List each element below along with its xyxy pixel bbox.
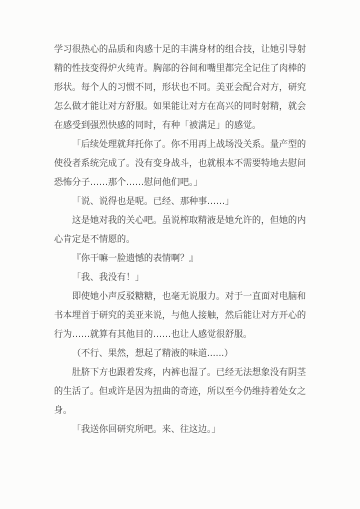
paragraph: 「说、说得也是呢。已经、那种事……」 <box>54 193 310 212</box>
text-line: 肚脐下方也跟着发疼，内裤也湿了。已经无法想象没有阴茎 <box>54 364 310 383</box>
paragraph: 即使她小声反驳糖糖，也毫无说服力。对于一直面对电脑和书本埋首于研究的美亚来说，与… <box>54 288 310 345</box>
paragraph: 肚脐下方也跟着发疼，内裤也湿了。已经无法想象没有阴茎的生活了。但或许是因为扭曲的… <box>54 364 310 421</box>
paragraph: 「我、我没有！」 <box>54 269 310 288</box>
text-line: 的生活了。但或许是因为扭曲的奇迹，所以至今仍维持着处女之 <box>54 383 310 402</box>
text-line: 身。 <box>54 402 310 421</box>
text-line: 恐怖分子……那个……慰问他们吧。」 <box>54 174 310 193</box>
text-line: 「说、说得也是呢。已经、那种事……」 <box>54 193 310 212</box>
text-line: 行为……就算有其他目的……也让人感觉很舒服。 <box>54 326 310 345</box>
page-text: 学习很热心的品质和肉感十足的丰满身材的组合技，让她引导射精的性技变得炉火纯青。胸… <box>54 41 310 440</box>
paragraph: 这是她对我的关心吧。虽说榨取精液是她允许的，但她的内心肯定是不情愿的。 <box>54 212 310 250</box>
paragraph: 「我送你回研究所吧。来、往这边。」 <box>54 421 310 440</box>
text-line: 「我、我没有！」 <box>54 269 310 288</box>
text-line: 「我送你回研究所吧。来、往这边。」 <box>54 421 310 440</box>
paragraph: （不行、果然，想起了精液的味道......） <box>54 345 310 364</box>
text-line: 『你干嘛一脸遗憾的表情啊？』 <box>54 250 310 269</box>
text-line: 在感受到强烈快感的同时，有种「被满足」的感觉。 <box>54 117 310 136</box>
ebook-page: 学习很热心的品质和肉感十足的丰满身材的组合技，让她引导射精的性技变得炉火纯青。胸… <box>0 0 360 509</box>
text-line: 怎么做才能让对方舒服。如果能让对方在高兴的同时射精，就会 <box>54 98 310 117</box>
text-line: 形状。每个人的习惯不同，形状也不同。美亚会配合对方，研究 <box>54 79 310 98</box>
paragraph: 学习很热心的品质和肉感十足的丰满身材的组合技，让她引导射精的性技变得炉火纯青。胸… <box>54 41 310 136</box>
paragraph: 『你干嘛一脸遗憾的表情啊？』 <box>54 250 310 269</box>
paragraph: 「后续处理就拜托你了。你不用再上战场没关系。量产型的使役者系统完成了。没有变身战… <box>54 136 310 193</box>
text-line: 心肯定是不情愿的。 <box>54 231 310 250</box>
text-line: 学习很热心的品质和肉感十足的丰满身材的组合技，让她引导射 <box>54 41 310 60</box>
text-line: 即使她小声反驳糖糖，也毫无说服力。对于一直面对电脑和 <box>54 288 310 307</box>
text-line: （不行、果然，想起了精液的味道......） <box>54 345 310 364</box>
text-line: 书本埋首于研究的美亚来说，与他人接触，然后能让对方开心的 <box>54 307 310 326</box>
text-line: 这是她对我的关心吧。虽说榨取精液是她允许的，但她的内 <box>54 212 310 231</box>
text-line: 「后续处理就拜托你了。你不用再上战场没关系。量产型的 <box>54 136 310 155</box>
text-line: 精的性技变得炉火纯青。胸部的谷间和嘴里都完全记住了肉棒的 <box>54 60 310 79</box>
text-line: 使役者系统完成了。没有变身战斗，也就根本不需要特地去慰问 <box>54 155 310 174</box>
